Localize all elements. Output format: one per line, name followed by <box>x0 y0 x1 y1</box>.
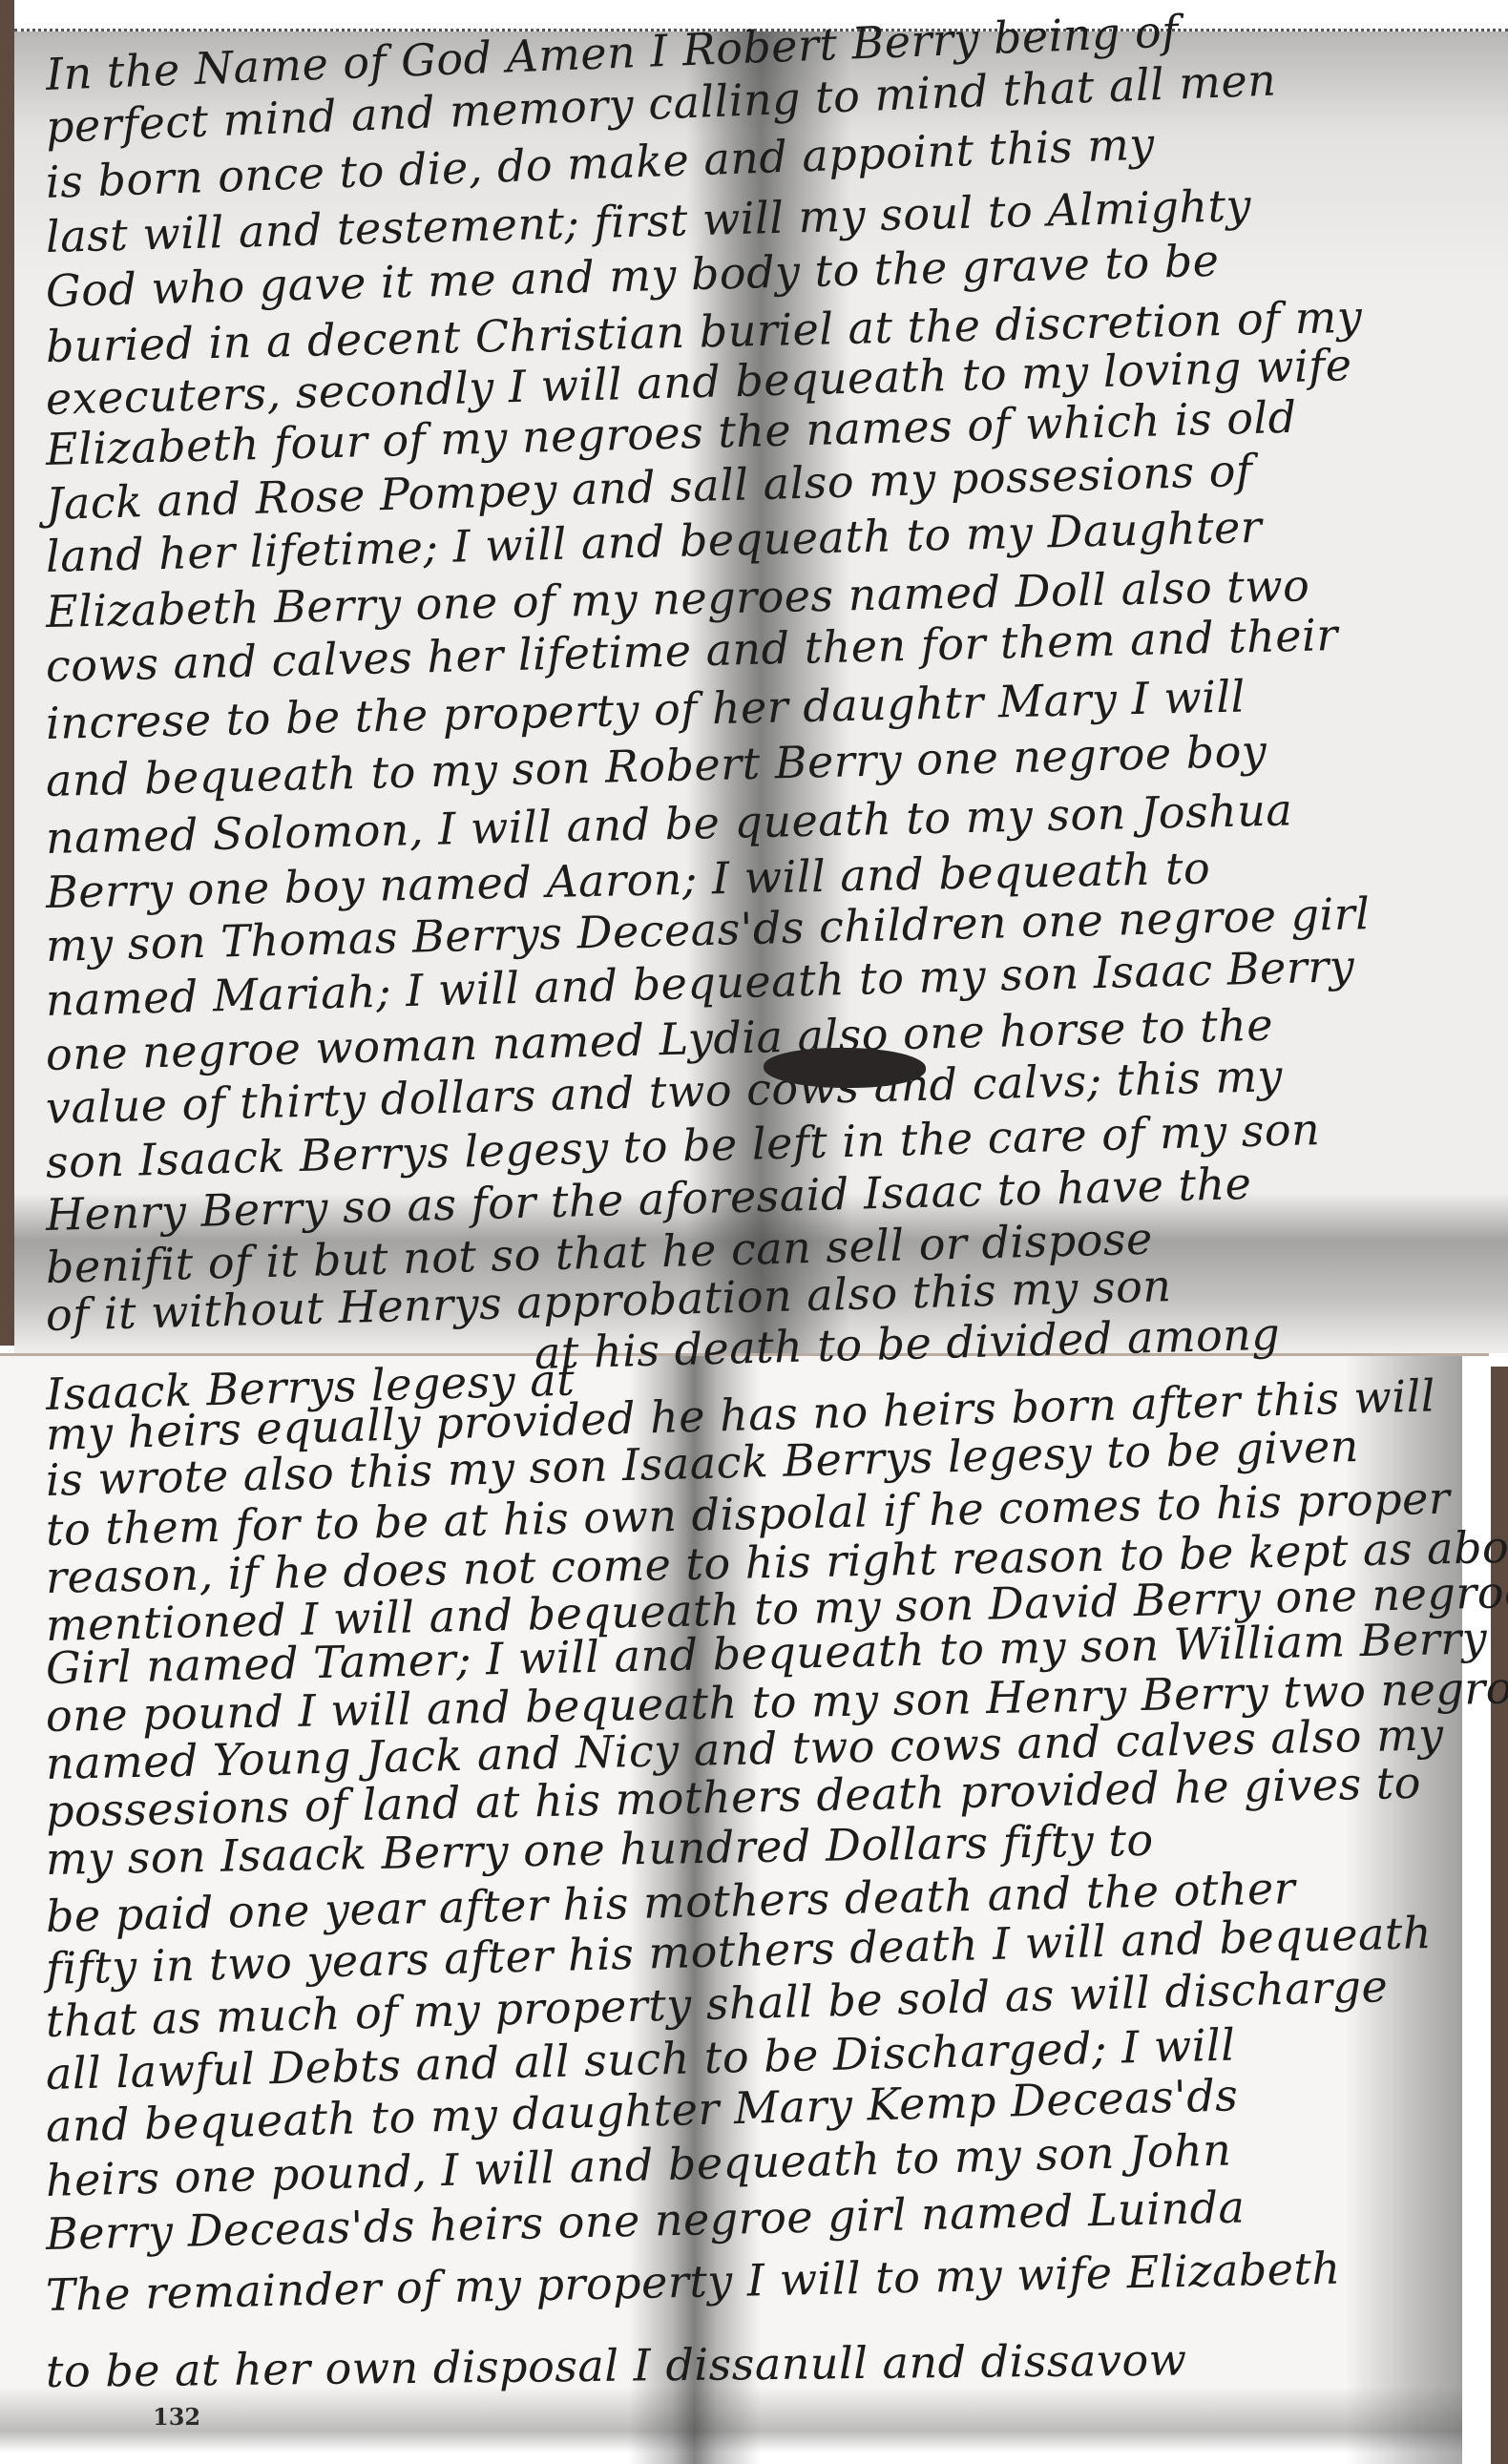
ink-blot <box>764 1048 926 1088</box>
text-line: to be at her own disposal I dissanull an… <box>46 2337 1187 2393</box>
page-number: 132 <box>153 2403 200 2431</box>
scan-frame-left <box>0 0 14 1346</box>
